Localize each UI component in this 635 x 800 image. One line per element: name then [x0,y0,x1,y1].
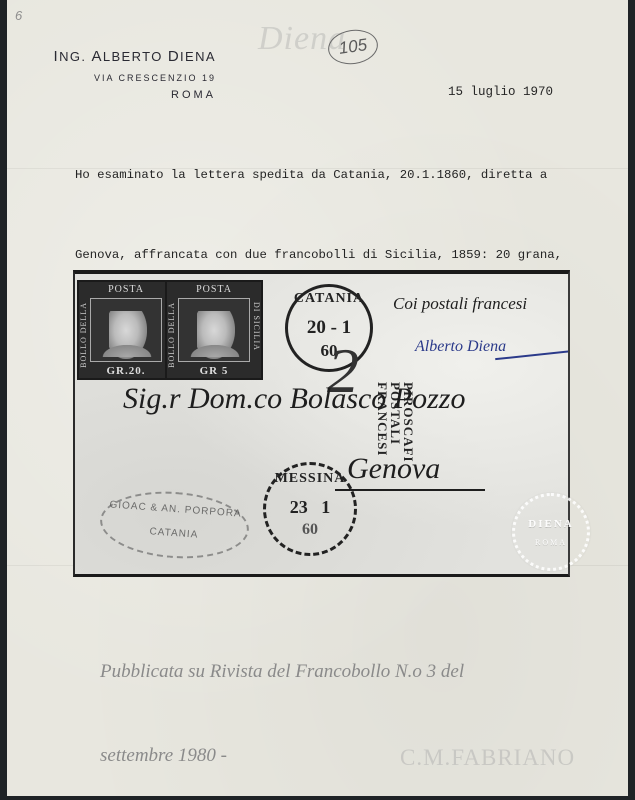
page-number: 6 [15,8,22,23]
stamp-portrait [90,298,162,362]
letterhead-city: ROMA [0,89,216,101]
letter-date: 15 luglio 1970 [448,85,553,99]
signature-flourish [495,350,570,360]
letterhead-name: ING. ALBERTO DIENA [0,48,216,65]
postmark-messina: MESSINA 23 1 60 [263,462,357,556]
sender-oval-mark: GIOAC & AN. PORPORA CATANIA [98,487,251,563]
letterhead: ING. ALBERTO DIENA VIA CRESCENZIO 19 ROM… [0,48,216,101]
cover-photograph: POSTA BOLLO DELLA DI SICILIA GR.20. POST… [73,270,570,577]
stamp-20-grana: POSTA BOLLO DELLA DI SICILIA GR.20. [77,280,175,380]
letterhead-address: VIA CRESCENZIO 19 [0,73,216,83]
address-underline [335,489,485,491]
diena-emboss-seal: DIENA ROMA [512,493,590,571]
address-addressee: Sig.r Dom.co Bolasco Pozzo [123,382,465,416]
annotation-french-mail: Coi postali francesi [393,294,527,314]
body-line: Ho esaminato la lettera spedita da Catan… [75,162,620,189]
body-line: Genova, affrancata con due francobolli d… [75,242,620,269]
stamp-portrait [178,298,250,362]
paper-watermark: C.M.FABRIANO [400,745,575,771]
address-city: Genova [347,452,440,486]
stamp-5-grana: POSTA BOLLO DELLA DI SICILIA GR 5 [165,280,263,380]
expert-signature: Alberto Diena [415,338,506,356]
